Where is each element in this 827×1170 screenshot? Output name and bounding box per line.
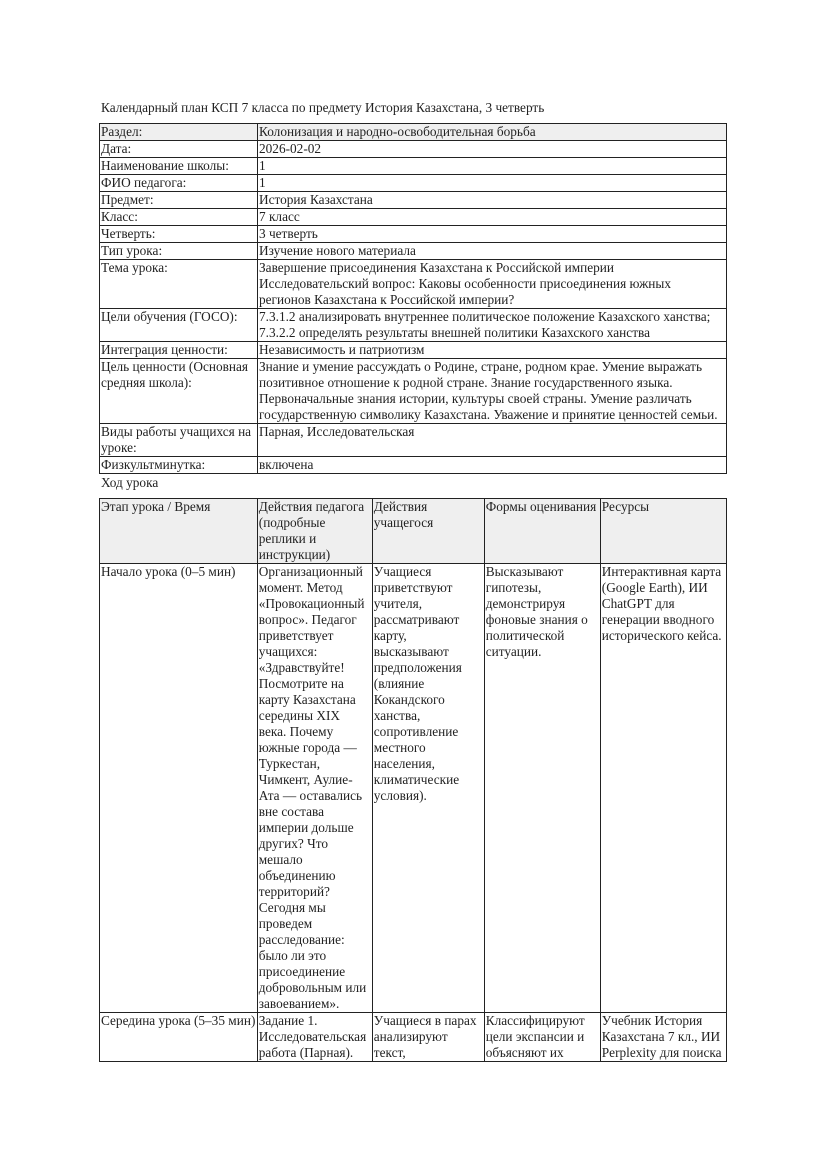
lesson-info-table: Раздел:Колонизация и народно-освободител… — [99, 123, 727, 474]
column-header: Действия педагога (подробные реплики и и… — [257, 499, 372, 564]
plan-cell: Учебник История Казахстана 7 кл., ИИ Per… — [600, 1013, 726, 1062]
info-label: Цели обучения (ГОСО): — [100, 309, 258, 342]
info-label: Четверть: — [100, 226, 258, 243]
info-label: Тип урока: — [100, 243, 258, 260]
info-label: Интеграция ценности: — [100, 342, 258, 359]
info-row: Четверть:3 четверть — [100, 226, 727, 243]
plan-cell: Задание 1. Исследовательская работа (Пар… — [257, 1013, 372, 1062]
plan-cell: Организационный момент. Метод «Провокаци… — [257, 564, 372, 1013]
lesson-plan-table: Этап урока / ВремяДействия педагога (под… — [99, 498, 727, 1062]
info-value: включена — [258, 457, 727, 474]
plan-row: Начало урока (0–5 мин)Организационный мо… — [100, 564, 727, 1013]
info-row: ФИО педагога:1 — [100, 175, 727, 192]
lesson-progress-heading: Ход урока — [101, 475, 158, 491]
info-label: Наименование школы: — [100, 158, 258, 175]
plan-cell: Учащиеся приветствуют учителя, рассматри… — [372, 564, 484, 1013]
column-header: Формы оценивания — [484, 499, 600, 564]
info-value: Колонизация и народно-освободительная бо… — [258, 124, 727, 141]
info-label: Предмет: — [100, 192, 258, 209]
info-value: 1 — [258, 175, 727, 192]
info-label: ФИО педагога: — [100, 175, 258, 192]
info-label: Дата: — [100, 141, 258, 158]
info-label: Физкультминутка: — [100, 457, 258, 474]
plan-cell: Интерактивная карта (Google Earth), ИИ C… — [600, 564, 726, 1013]
column-header: Действия учащегося — [372, 499, 484, 564]
info-row: Класс:7 класс — [100, 209, 727, 226]
info-row: Тип урока:Изучение нового материала — [100, 243, 727, 260]
info-label: Раздел: — [100, 124, 258, 141]
info-label: Класс: — [100, 209, 258, 226]
info-value: Парная, Исследовательская — [258, 424, 727, 457]
info-row: Предмет:История Казахстана — [100, 192, 727, 209]
info-label: Тема урока: — [100, 260, 258, 309]
info-value: 3 четверть — [258, 226, 727, 243]
plan-row: Середина урока (5–35 мин)Задание 1. Иссл… — [100, 1013, 727, 1062]
info-value: 7 класс — [258, 209, 727, 226]
info-row: Наименование школы:1 — [100, 158, 727, 175]
info-label: Виды работы учащихся на уроке: — [100, 424, 258, 457]
info-value: Изучение нового материала — [258, 243, 727, 260]
column-header: Ресурсы — [600, 499, 726, 564]
info-value: Независимость и патриотизм — [258, 342, 727, 359]
document-title: Календарный план КСП 7 класса по предмет… — [101, 100, 544, 116]
info-row: Интеграция ценности:Независимость и патр… — [100, 342, 727, 359]
info-row: Раздел:Колонизация и народно-освободител… — [100, 124, 727, 141]
info-row: Физкультминутка:включена — [100, 457, 727, 474]
plan-cell: Учащиеся в парах анализируют текст, — [372, 1013, 484, 1062]
info-label: Цель ценности (Основная средняя школа): — [100, 359, 258, 424]
info-value: Завершение присоединения Казахстана к Ро… — [258, 260, 727, 309]
info-value: 2026-02-02 — [258, 141, 727, 158]
info-value: 7.3.1.2 анализировать внутреннее политич… — [258, 309, 727, 342]
info-row: Цели обучения (ГОСО):7.3.1.2 анализирова… — [100, 309, 727, 342]
info-value: 1 — [258, 158, 727, 175]
plan-cell: Классифицируют цели экспансии и объясняю… — [484, 1013, 600, 1062]
plan-cell: Начало урока (0–5 мин) — [100, 564, 258, 1013]
info-row: Тема урока:Завершение присоединения Каза… — [100, 260, 727, 309]
info-row: Виды работы учащихся на уроке:Парная, Ис… — [100, 424, 727, 457]
plan-cell: Середина урока (5–35 мин) — [100, 1013, 258, 1062]
column-header: Этап урока / Время — [100, 499, 258, 564]
info-row: Цель ценности (Основная средняя школа):З… — [100, 359, 727, 424]
plan-header-row: Этап урока / ВремяДействия педагога (под… — [100, 499, 727, 564]
info-value: История Казахстана — [258, 192, 727, 209]
plan-cell: Высказывают гипотезы, демонстрируя фонов… — [484, 564, 600, 1013]
info-value: Знание и умение рассуждать о Родине, стр… — [258, 359, 727, 424]
page-bottom-margin — [0, 1065, 827, 1170]
info-row: Дата:2026-02-02 — [100, 141, 727, 158]
